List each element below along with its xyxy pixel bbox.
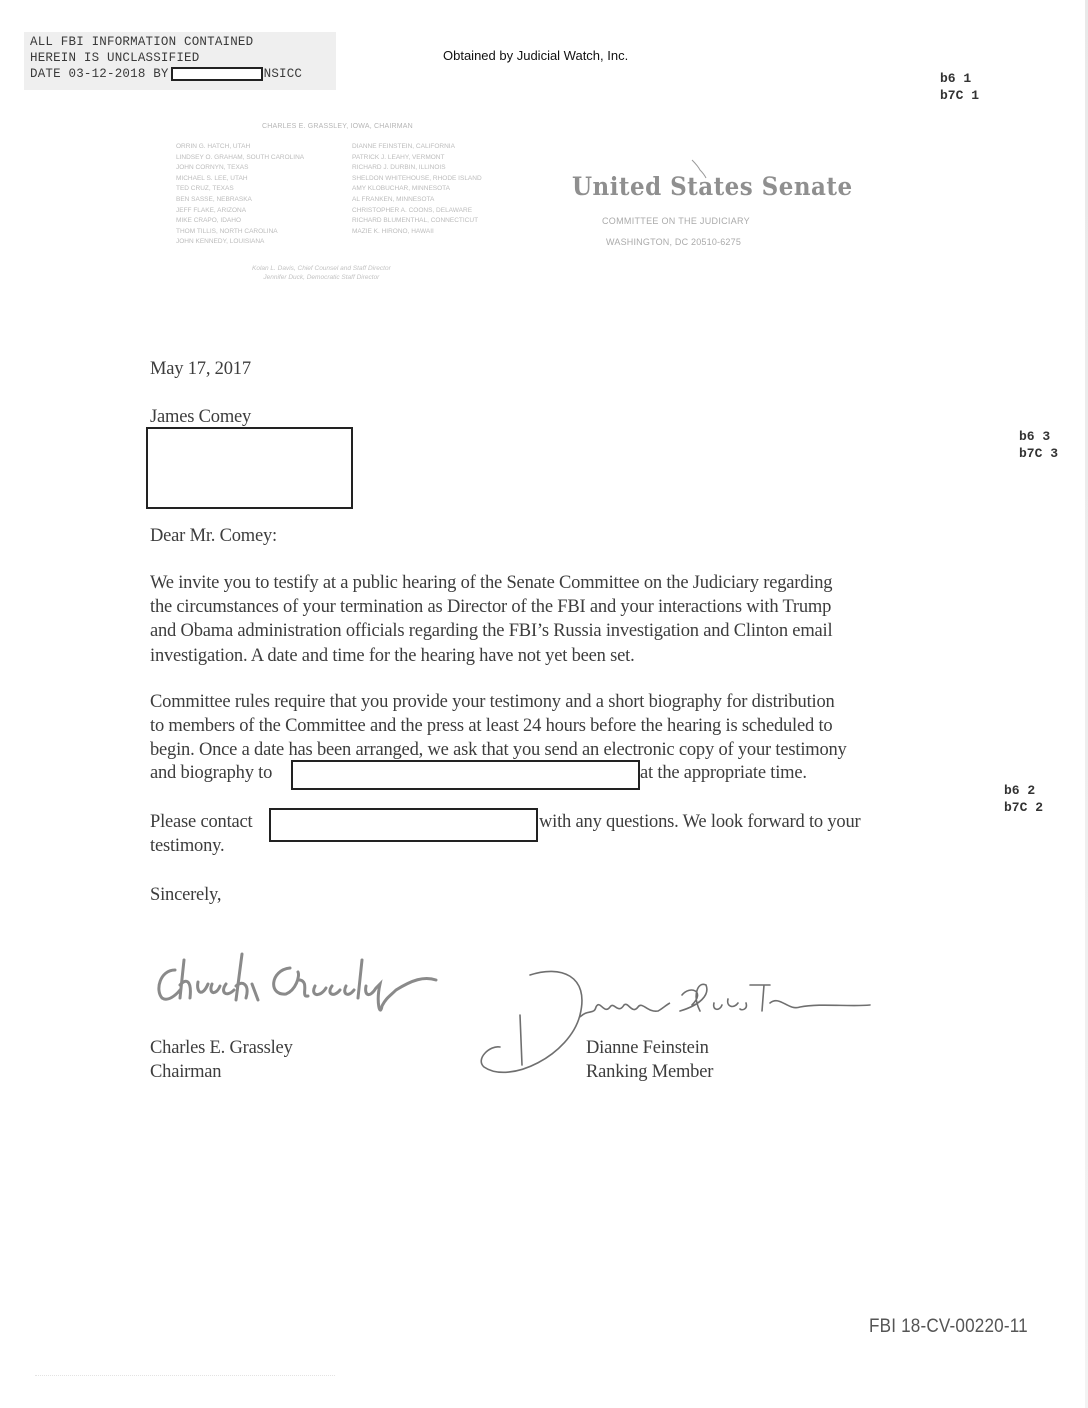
senate-title: United States Senate	[572, 172, 853, 201]
redaction-box	[171, 67, 263, 81]
text-line: to members of the Committee and the pres…	[150, 714, 960, 738]
letterhead-members-left: ORRIN G. HATCH, UTAH LINDSEY O. GRAHAM, …	[176, 142, 304, 248]
member-name: PATRICK J. LEAHY, VERMONT	[352, 153, 482, 164]
member-name: AL FRANKEN, MINNESOTA	[352, 195, 482, 206]
salutation: Dear Mr. Comey:	[150, 526, 277, 547]
paragraph-2-last-suffix: at the appropriate time.	[640, 763, 807, 784]
text-line: We invite you to testify at a public hea…	[150, 571, 960, 595]
exemption-codes-top: b6 1 b7C 1	[940, 70, 979, 104]
member-name: MAZIE K. HIRONO, HAWAII	[352, 227, 482, 238]
member-name: ORRIN G. HATCH, UTAH	[176, 142, 304, 153]
signatory-2-name: Dianne Feinstein	[586, 1038, 709, 1059]
exemption-codes-address: b6 3 b7C 3	[1019, 428, 1058, 462]
letterhead-members-right: DIANNE FEINSTEIN, CALIFORNIA PATRICK J. …	[352, 142, 482, 237]
exemption-code: b7C 3	[1019, 445, 1058, 462]
text-line: and Obama administration officials regar…	[150, 619, 960, 643]
paragraph-2-last-prefix: and biography to	[150, 763, 272, 784]
member-name: CHRISTOPHER A. COONS, DELAWARE	[352, 206, 482, 217]
letterhead-chairman: CHARLES E. GRASSLEY, IOWA, CHAIRMAN	[262, 123, 413, 130]
text-line: investigation. A date and time for the h…	[150, 644, 960, 668]
member-name: MIKE CRAPO, IDAHO	[176, 216, 304, 227]
stamp-line-1: ALL FBI INFORMATION CONTAINED	[30, 34, 336, 50]
redacted-contact	[269, 808, 538, 842]
member-name: JEFF FLAKE, ARIZONA	[176, 206, 304, 217]
member-name: SHELDON WHITEHOUSE, RHODE ISLAND	[352, 174, 482, 185]
signatory-1-name: Charles E. Grassley	[150, 1038, 293, 1059]
paragraph-1: We invite you to testify at a public hea…	[150, 571, 960, 668]
member-name: THOM TILLIS, NORTH CAROLINA	[176, 227, 304, 238]
text-line: Committee rules require that you provide…	[150, 690, 960, 714]
paragraph-3-suffix: with any questions. We look forward to y…	[539, 812, 861, 833]
stamp-line-3: DATE 03-12-2018 BYNSICC	[30, 66, 336, 82]
exemption-code: b6 3	[1019, 428, 1058, 445]
committee-address: WASHINGTON, DC 20510-6275	[606, 237, 741, 247]
member-name: JOHN CORNYN, TEXAS	[176, 163, 304, 174]
signatory-2-title: Ranking Member	[586, 1062, 713, 1083]
declassification-stamp: ALL FBI INFORMATION CONTAINED HEREIN IS …	[24, 32, 336, 90]
member-name: LINDSEY O. GRAHAM, SOUTH CAROLINA	[176, 153, 304, 164]
paragraph-3-prefix: Please contact	[150, 812, 253, 833]
member-name: TED CRUZ, TEXAS	[176, 184, 304, 195]
member-name: RICHARD J. DURBIN, ILLINOIS	[352, 163, 482, 174]
member-name: BEN SASSE, NEBRASKA	[176, 195, 304, 206]
redacted-address	[146, 427, 353, 509]
paragraph-2: Committee rules require that you provide…	[150, 690, 960, 763]
exemption-code: b6 1	[940, 70, 979, 87]
bates-number: FBI 18-CV-00220-11	[869, 1316, 1028, 1338]
stamp-date: DATE 03-12-2018 BY	[30, 67, 169, 81]
recipient-name: James Comey	[150, 407, 251, 428]
member-name: AMY KLOBUCHAR, MINNESOTA	[352, 184, 482, 195]
exemption-code: b7C 2	[1004, 799, 1043, 816]
committee-name: COMMITTEE ON THE JUDICIARY	[602, 216, 750, 226]
text-line: begin. Once a date has been arranged, we…	[150, 738, 960, 762]
member-name: MICHAEL S. LEE, UTAH	[176, 174, 304, 185]
closing: Sincerely,	[150, 885, 221, 906]
member-name: RICHARD BLUMENTHAL, CONNECTICUT	[352, 216, 482, 227]
member-name: JOHN KENNEDY, LOUISIANA	[176, 237, 304, 248]
letter-date: May 17, 2017	[150, 359, 251, 380]
redacted-email	[291, 760, 640, 790]
text-line: the circumstances of your termination as…	[150, 595, 960, 619]
exemption-code: b6 2	[1004, 782, 1043, 799]
staff-line: Kolan L. Davis, Chief Counsel and Staff …	[252, 264, 391, 273]
signatory-1-title: Chairman	[150, 1062, 221, 1083]
member-name: DIANNE FEINSTEIN, CALIFORNIA	[352, 142, 482, 153]
stamp-unit: NSICC	[264, 67, 303, 81]
grassley-signature	[150, 940, 460, 1030]
stamp-line-2: HEREIN IS UNCLASSIFIED	[30, 50, 336, 66]
judicial-watch-watermark: Obtained by Judicial Watch, Inc.	[443, 48, 628, 63]
scan-artifact	[35, 1375, 335, 1377]
paragraph-3-line2: testimony.	[150, 836, 224, 857]
exemption-code: b7C 1	[940, 87, 979, 104]
staff-line: Jennifer Duck, Democratic Staff Director	[252, 273, 391, 282]
letterhead-staff: Kolan L. Davis, Chief Counsel and Staff …	[252, 264, 391, 282]
exemption-codes-contact: b6 2 b7C 2	[1004, 782, 1043, 816]
